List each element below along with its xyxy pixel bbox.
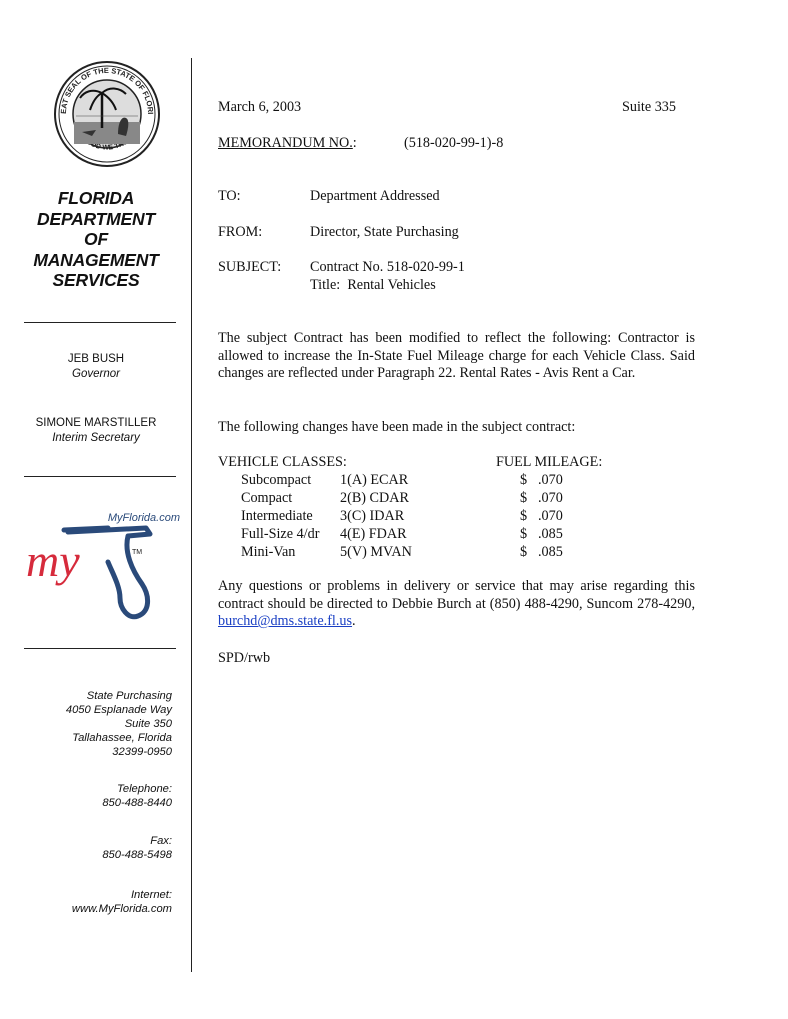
telephone: Telephone: 850-488-8440	[102, 782, 172, 810]
official-secretary: SIMONE MARSTILLER Interim Secretary	[14, 416, 178, 446]
mailing-address: State Purchasing 4050 Esplanade Way Suit…	[66, 689, 172, 759]
rate-currency: $	[520, 544, 527, 561]
memo-suite: Suite 335	[622, 99, 676, 116]
rate-currency: $	[520, 490, 527, 507]
address-line: Suite 350	[66, 717, 172, 731]
myflorida-logo: MyFlorida.com my TM	[24, 512, 180, 624]
divider	[24, 648, 176, 649]
from-label: FROM:	[218, 224, 262, 241]
official-name: SIMONE MARSTILLER	[14, 416, 178, 431]
telephone-label: Telephone:	[102, 782, 172, 796]
fuel-rate: .085	[538, 526, 563, 543]
fuel-rate: .070	[538, 472, 563, 489]
official-title: Governor	[14, 367, 178, 382]
rate-currency: $	[520, 472, 527, 489]
memo-initials: SPD/rwb	[218, 650, 270, 667]
vehicle-table-header: VEHICLE CLASSES: FUEL MILEAGE:	[218, 454, 696, 472]
address-line: 32399-0950	[66, 745, 172, 759]
rate-currency: $	[520, 526, 527, 543]
fuel-rate: .070	[538, 490, 563, 507]
memo-date: March 6, 2003	[218, 99, 301, 116]
vehicle-row: Mini-Van5(V) MVAN$.085	[218, 544, 696, 562]
department-line: OF	[14, 229, 178, 250]
to-value: Department Addressed	[310, 188, 440, 205]
from-value: Director, State Purchasing	[310, 224, 459, 241]
letterhead-sidebar: GREAT SEAL OF THE STATE OF FLORIDA IN GO…	[0, 0, 192, 1019]
body-paragraph-2: The following changes have been made in …	[218, 419, 695, 437]
fuel-mileage-header: FUEL MILEAGE:	[496, 454, 602, 471]
vehicle-code: 2(B) CDAR	[340, 490, 409, 507]
svg-text:my: my	[26, 535, 80, 586]
address-line: 4050 Esplanade Way	[66, 703, 172, 717]
fax-label: Fax:	[102, 834, 172, 848]
vehicle-name: Full-Size 4/dr	[241, 526, 319, 543]
vehicle-name: Intermediate	[241, 508, 313, 525]
vehicle-code: 5(V) MVAN	[340, 544, 412, 561]
great-seal-of-florida-icon: GREAT SEAL OF THE STATE OF FLORIDA IN GO…	[52, 60, 162, 168]
internet-url[interactable]: www.MyFlorida.com	[72, 902, 172, 916]
internet: Internet: www.MyFlorida.com	[72, 888, 172, 916]
internet-label: Internet:	[72, 888, 172, 902]
vehicle-code: 3(C) IDAR	[340, 508, 404, 525]
svg-text:TM: TM	[132, 549, 142, 556]
vehicle-row: Subcompact1(A) ECAR$.070	[218, 472, 696, 490]
memo-number: (518-020-99-1)-8	[404, 135, 503, 152]
official-governor: JEB BUSH Governor	[14, 352, 178, 382]
vehicle-code: 4(E) FDAR	[340, 526, 407, 543]
subject-line-1: Contract No. 518-020-99-1	[310, 259, 465, 276]
fuel-rate: .085	[538, 544, 563, 561]
official-name: JEB BUSH	[14, 352, 178, 367]
department-line: FLORIDA	[14, 188, 178, 209]
vertical-divider	[191, 58, 192, 972]
divider	[24, 322, 176, 323]
fuel-rate: .070	[538, 508, 563, 525]
department-line: SERVICES	[14, 270, 178, 291]
divider	[24, 476, 176, 477]
memo-number-label: MEMORANDUM NO.	[218, 135, 353, 151]
to-label: TO:	[218, 188, 241, 205]
vehicle-classes-header: VEHICLE CLASSES:	[218, 454, 347, 471]
vehicle-name: Compact	[241, 490, 292, 507]
subject-label: SUBJECT:	[218, 259, 281, 276]
vehicle-row: Full-Size 4/dr4(E) FDAR$.085	[218, 526, 696, 544]
department-line: MANAGEMENT	[14, 250, 178, 271]
vehicle-name: Subcompact	[241, 472, 311, 489]
address-line: Tallahassee, Florida	[66, 731, 172, 745]
department-name: FLORIDA DEPARTMENT OF MANAGEMENT SERVICE…	[14, 188, 178, 291]
telephone-number: 850-488-8440	[102, 796, 172, 810]
body-paragraph-3: Any questions or problems in delivery or…	[218, 578, 695, 631]
memo-colon: :	[353, 135, 357, 151]
vehicle-row: Compact2(B) CDAR$.070	[218, 490, 696, 508]
paragraph-3-end: .	[352, 613, 356, 629]
memo-number-row: MEMORANDUM NO.:	[218, 135, 357, 152]
contact-email-link[interactable]: burchd@dms.state.fl.us	[218, 613, 352, 629]
paragraph-3-text: Any questions or problems in delivery or…	[218, 578, 695, 612]
vehicle-row: Intermediate3(C) IDAR$.070	[218, 508, 696, 526]
address-line: State Purchasing	[66, 689, 172, 703]
body-paragraph-1: The subject Contract has been modified t…	[218, 330, 695, 383]
fax-number: 850-488-5498	[102, 848, 172, 862]
rate-currency: $	[520, 508, 527, 525]
vehicle-name: Mini-Van	[241, 544, 295, 561]
subject-line-2: Title: Rental Vehicles	[310, 277, 436, 294]
vehicle-code: 1(A) ECAR	[340, 472, 408, 489]
fax: Fax: 850-488-5498	[102, 834, 172, 862]
official-title: Interim Secretary	[14, 431, 178, 446]
department-line: DEPARTMENT	[14, 209, 178, 230]
